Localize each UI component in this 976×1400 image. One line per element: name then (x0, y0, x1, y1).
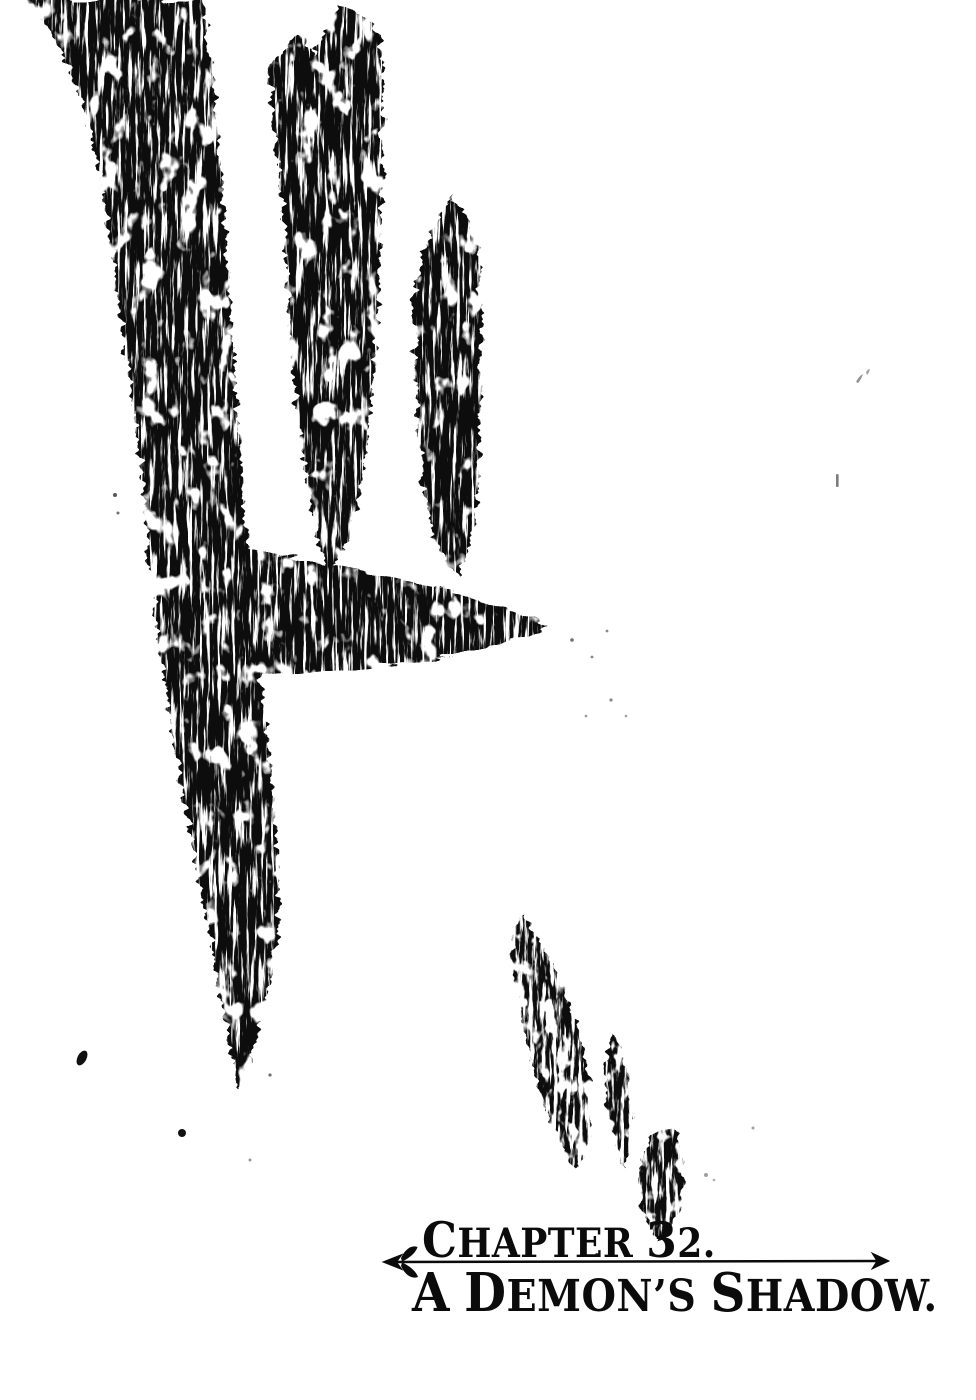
chapter-title: A DEMON’S SHADOW. (412, 1266, 938, 1320)
divider-fleur-upper-icon (401, 1246, 418, 1261)
ink-speck (74, 1049, 89, 1067)
brush-stroke-group (30, 0, 551, 1090)
ink-speck (856, 374, 863, 383)
calligraphy-initial: S (711, 1261, 746, 1324)
third-vertical-stroke (414, 197, 481, 576)
ink-speck (591, 656, 594, 659)
ink-speck (268, 1073, 271, 1076)
horizontal-branch-stroke (240, 548, 551, 677)
ink-speck (178, 1129, 186, 1137)
ink-speck (606, 630, 609, 633)
ink-speck (117, 512, 120, 515)
second-vertical-stroke (268, 4, 382, 570)
calligraphy-initial: D (464, 1261, 506, 1324)
calligraphy-initial: 3 (646, 1211, 677, 1269)
ink-speck (866, 369, 870, 375)
ink-speck (609, 698, 612, 701)
ink-speck (836, 474, 839, 487)
ink-speck (249, 1159, 252, 1162)
manga-chapter-title-page: CHAPTER 32. A DEMON’S SHADOW. (0, 0, 976, 1400)
ink-speck (713, 1179, 716, 1182)
calligraphy-initial: A (412, 1261, 450, 1324)
ink-dab-large (513, 914, 592, 1168)
ink-speck (585, 715, 588, 718)
ink-speck (625, 715, 628, 718)
ink-dab-middle (605, 1032, 631, 1168)
ink-dab-group (513, 914, 683, 1242)
ink-speck (570, 638, 574, 642)
ink-speck (752, 1127, 755, 1130)
ink-speck (113, 493, 117, 497)
ink-brush-artwork (0, 0, 976, 1400)
ink-speck (704, 1173, 708, 1177)
chapter-number: CHAPTER 32. (422, 1216, 716, 1265)
main-diagonal-stroke (30, 0, 278, 1090)
